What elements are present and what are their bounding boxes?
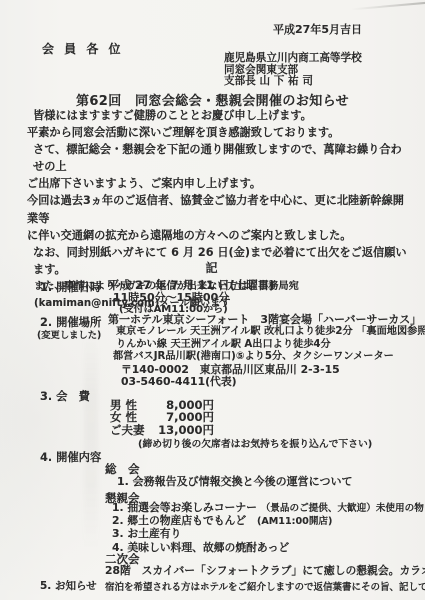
sender-block: 鹿児島県立川内商工高等学校 同窓会関東支部 支部長 山 下 祐 司 bbox=[224, 53, 362, 88]
item2-content: 第一ホテル東京シーフォート 3階宴会場「ハーバーサーカス」 東京モノレール 天王… bbox=[108, 314, 425, 388]
access-rinkai: りんかい線 天王洲アイル駅 A出口より徒歩4分 bbox=[108, 339, 425, 351]
banquet-item-text: 1. 抽選会等お楽しみコーナー bbox=[112, 501, 261, 514]
body-line: 平素から同窓会活動に深いご理解を頂き感謝致しております。 bbox=[27, 124, 411, 141]
venue-name: 第一ホテル東京シーフォート 3階宴会場「ハーバーサーカス」 bbox=[108, 314, 425, 326]
item1-label-datetime: 1. 開催日時 bbox=[40, 279, 101, 295]
lodging-info: 宿泊を希望される方はホテルをご紹介しますので返信葉書にその旨、記してください。 bbox=[105, 579, 425, 593]
event-date: 平成 27 年 7 月 11 日(土曜日) bbox=[108, 279, 275, 292]
fee-name: 女 性 bbox=[110, 411, 152, 423]
fee-deadline-note: (締め切り後の欠席者はお気持ちを振り込んで下さい) bbox=[138, 436, 372, 450]
scan-corner-artifact bbox=[351, 2, 425, 11]
fee-name: ご夫妻 bbox=[110, 424, 152, 436]
banquet-item-text: 3. お土産有り bbox=[112, 527, 181, 540]
event-time: 11時50分〜15時00分 bbox=[108, 292, 275, 305]
fee-amount: 13,000円 bbox=[156, 424, 214, 436]
fee-row-couple: ご夫妻 13,000円 bbox=[110, 424, 214, 436]
recipient-line: 会 員 各 位 bbox=[42, 40, 124, 57]
body-line: 今回は過去3ヵ年のご返信者、協賛金ご協力者を中心に、更に北陸新幹線開業等 bbox=[27, 192, 411, 226]
item4-label-program: 4. 開催内容 bbox=[40, 449, 101, 465]
body-line: 皆様にはますますご健勝のこととお慶び申し上げます。 bbox=[27, 107, 411, 124]
ki-mark: 記 bbox=[0, 259, 425, 276]
fee-row-female: 女 性 7,000円 bbox=[110, 411, 214, 423]
banquet-item-note: （景品のご提供、大歓迎）未使用の物 bbox=[261, 503, 424, 514]
body-line: さて、標記総会・懇親会を下記の通り開催致しますので、萬障お繰り合わせの上 bbox=[27, 141, 411, 175]
general-meeting-item: 1. 会務報告及び情報交換と今後の運営について bbox=[117, 473, 352, 489]
item5-label-info: 5. お知らせ bbox=[40, 578, 97, 593]
body-line: に伴い交通網の拡充から遠隔地の方々へのご案内と致しました。 bbox=[27, 227, 411, 244]
body-line: ご出席下さいますよう、ご案内申し上げます。 bbox=[27, 175, 411, 192]
afterparty-detail: 28階 スカイバー「シフォートクラブ」にて癒しの懇親会。カラオケ有り bbox=[105, 563, 425, 578]
access-bus: 都営バスJR品川駅(港南口)⑤より5分、タクシーワンメーター bbox=[108, 351, 425, 363]
venue-phone: 03-5460-4411(代表) bbox=[108, 376, 425, 388]
scanned-notice-document: 平成27年5月吉日 会 員 各 位 鹿児島県立川内商工高等学校 同窓会関東支部 … bbox=[0, 0, 425, 600]
item2-changed-note: (変更しました) bbox=[37, 327, 101, 341]
fee-table: 男 性 8,000円 女 性 7,000円 ご夫妻 13,000円 bbox=[110, 399, 214, 436]
banquet-item-note: (AM11:00開店) bbox=[257, 516, 332, 527]
sender-chief: 支部長 山 下 祐 司 bbox=[224, 76, 362, 88]
banquet-item-text: 2. 郷土の物産店もでもんど bbox=[112, 514, 257, 527]
date-line: 平成27年5月吉日 bbox=[273, 21, 362, 37]
scan-smudge-artifact bbox=[84, 330, 98, 550]
banquet-items: 1. 抽選会等お楽しみコーナー （景品のご提供、大歓迎）未使用の物 2. 郷土の… bbox=[112, 502, 424, 555]
fee-amount: 7,000円 bbox=[156, 411, 214, 423]
item3-label-fee: 3. 会 費 bbox=[40, 388, 90, 404]
banquet-item-food: 4. 美味しい料理、故郷の焼酎あっど bbox=[112, 542, 424, 555]
sender-school: 鹿児島県立川内商工高等学校 bbox=[224, 53, 362, 65]
item1-content: 平成 27 年 7 月 11 日(土曜日) 11時50分〜15時00分 (受付は… bbox=[108, 279, 275, 317]
access-monorail: 東京モノレール 天王洲アイル駅 改札口より徒歩2分 「裏面地図参照」 bbox=[108, 326, 425, 338]
